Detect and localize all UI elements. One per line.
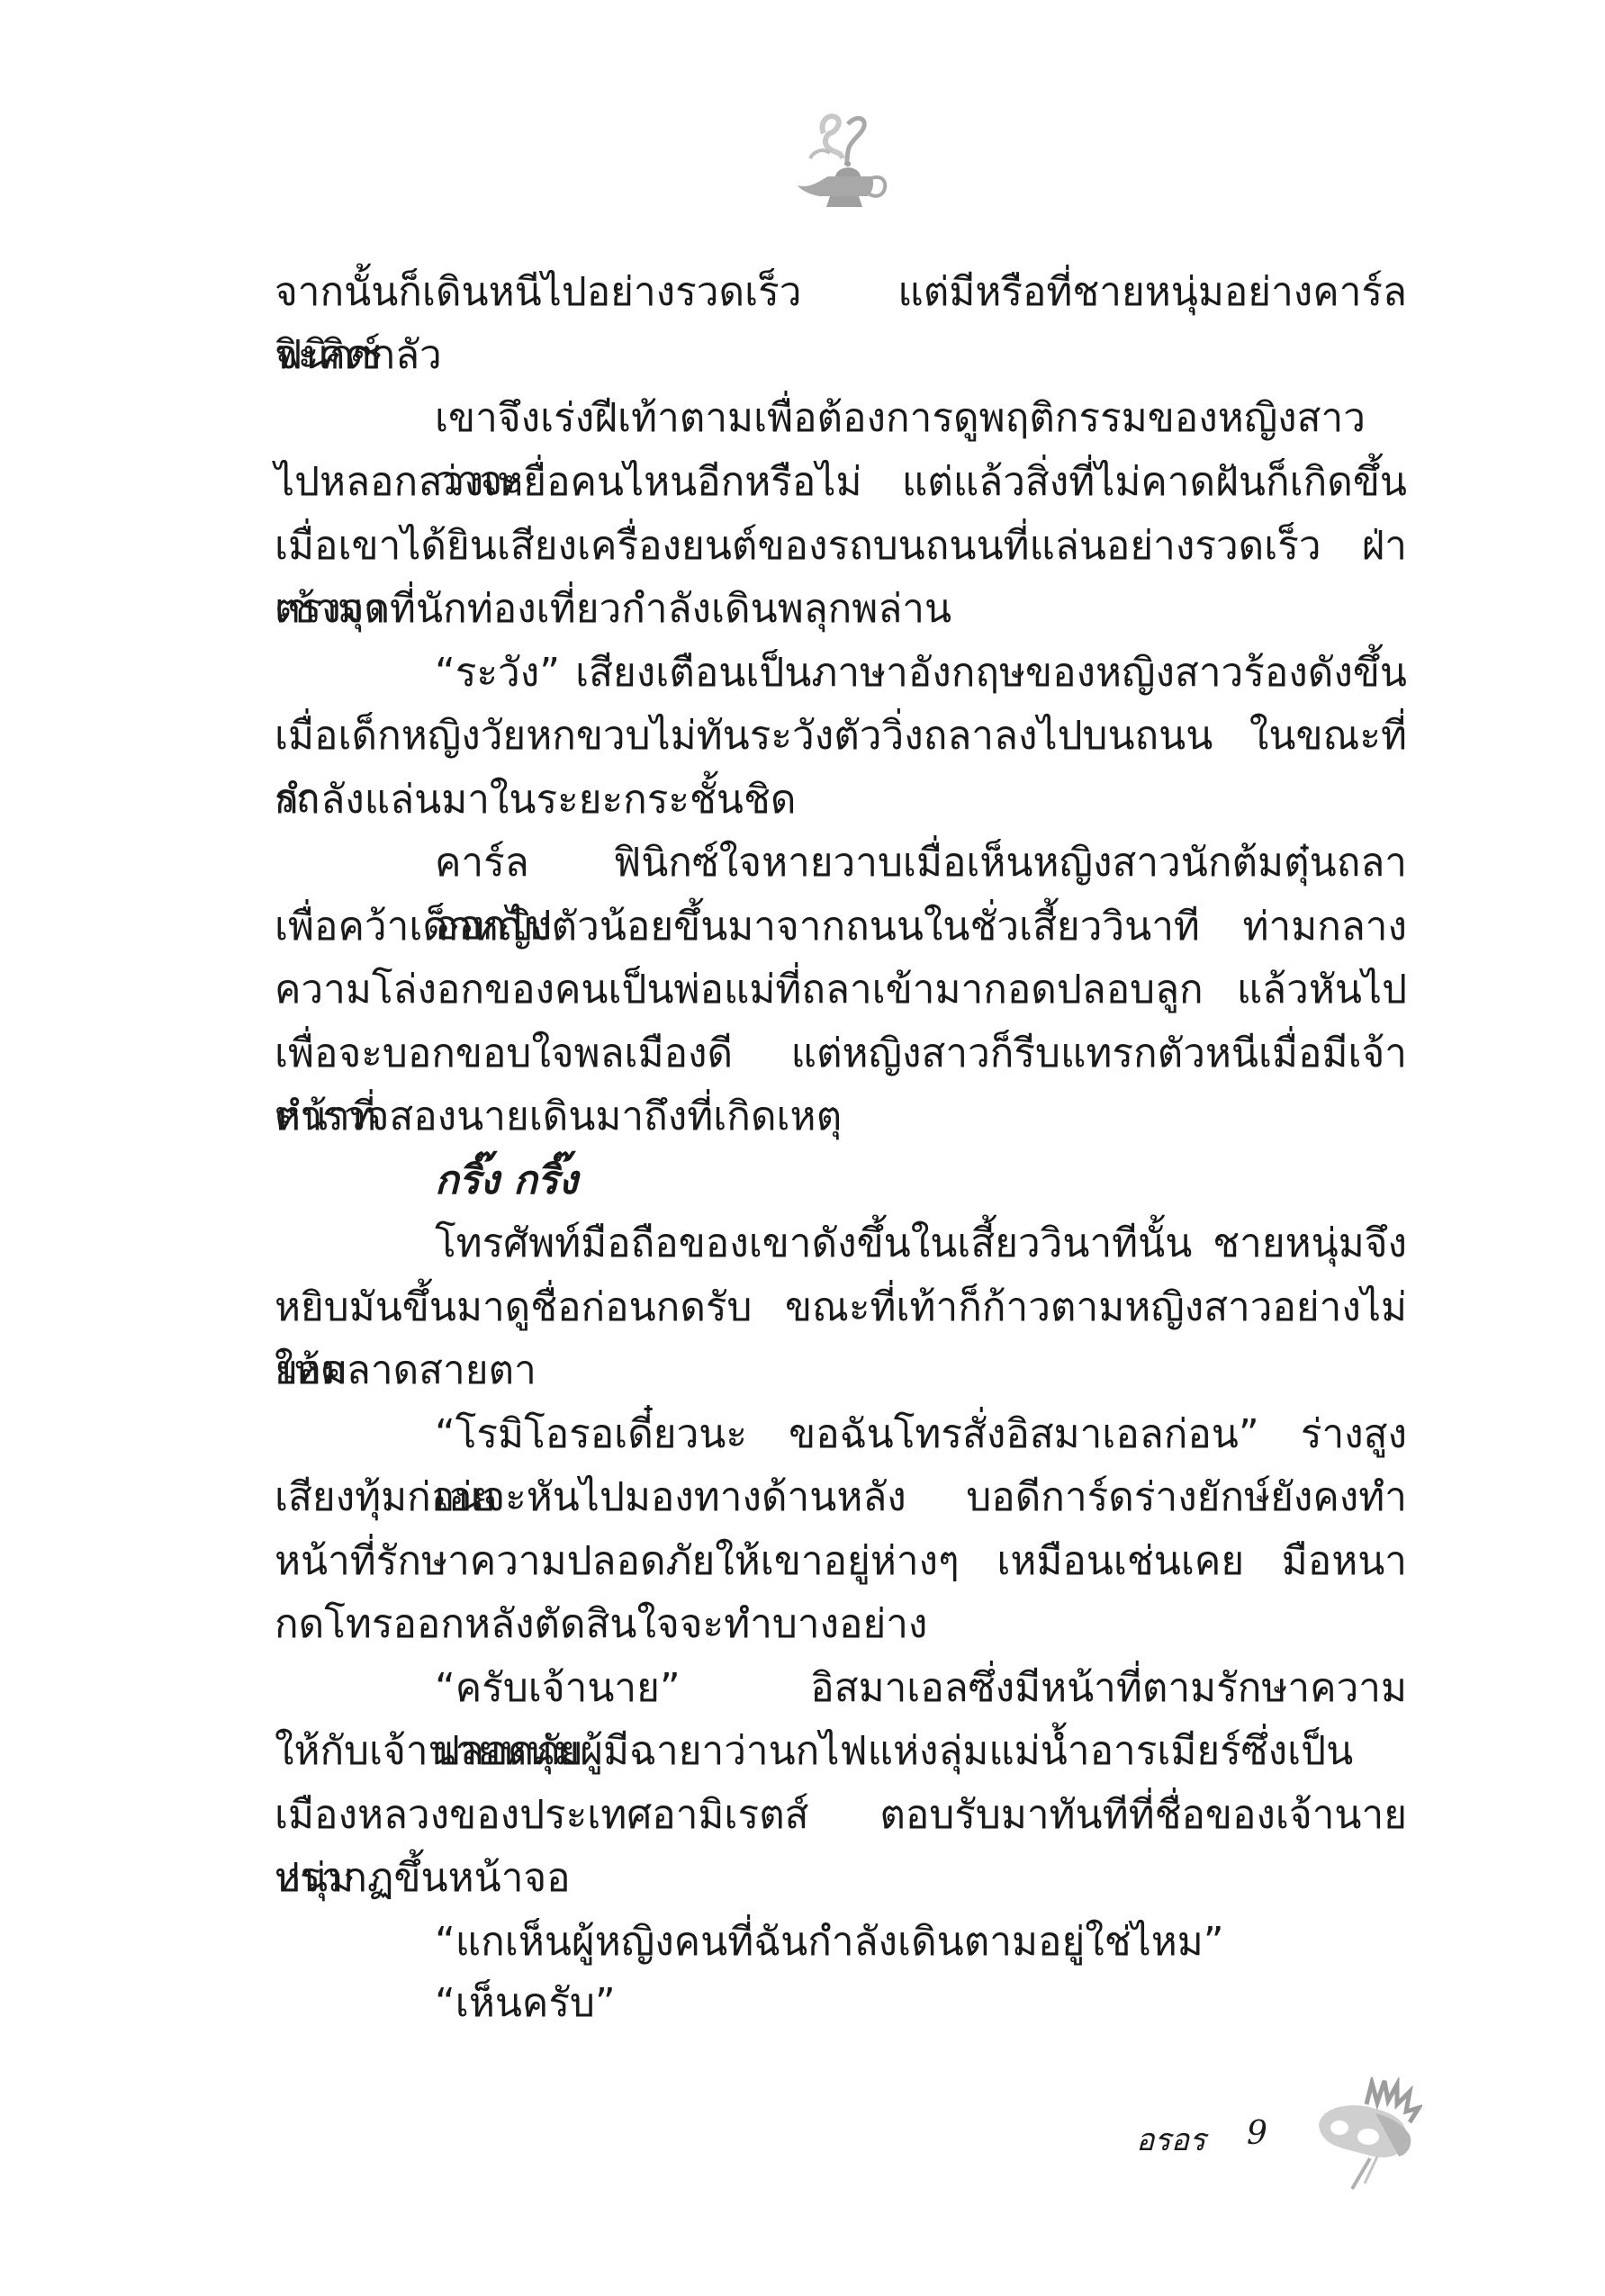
sound-effect-line: กริ๊ง กริ๊ง	[275, 1149, 1407, 1212]
paragraph-line: ปรากฏขึ้นหน้าจอ	[275, 1847, 1407, 1910]
lamp-icon	[783, 106, 896, 219]
paragraph-line: ให้คลาดสายตา	[275, 1339, 1407, 1402]
paragraph-line: หน้าที่รักษาความปลอดภัยให้เขาอยู่ห่างๆ เ…	[275, 1530, 1407, 1593]
dialogue-line: “โรมิโอรอเดี๋ยวนะ ขอฉันโทรสั่งอิสมาเอลก่…	[275, 1403, 1407, 1466]
book-page: จากนั้นก็เดินหนีไปอย่างรวดเร็ว แต่มีหรือ…	[0, 0, 1605, 2296]
paragraph-line: กำลังแล่นมาในระยะกระชั้นชิด	[275, 769, 1407, 832]
footer-author-name: อรอร	[1136, 2115, 1205, 2164]
paragraph-line: เมื่อเด็กหญิงวัยหกขวบไม่ทันระวังตัววิ่งถ…	[275, 705, 1407, 768]
dialogue-line: “ระวัง” เสียงเตือนเป็นภาษาอังกฤษของหญิงส…	[275, 642, 1407, 705]
paragraph-line: ให้กับเจ้านายหนุ่มผู้มีฉายาว่านกไฟแห่งลุ…	[275, 1720, 1407, 1783]
paragraph-line: ความโล่งอกของคนเป็นพ่อแม่ที่ถลาเข้ามากอด…	[275, 959, 1407, 1022]
paragraph-line: ตำรวจสองนายเดินมาถึงที่เกิดเหตุ	[275, 1085, 1407, 1148]
paragraph-line: หยิบมันขึ้นมาดูชื่อก่อนกดรับ ขณะที่เท้าก…	[275, 1276, 1407, 1339]
paragraph-line: เพื่อคว้าเด็กหญิงตัวน้อยขึ้นมาจากถนนในชั…	[275, 896, 1407, 959]
paragraph-line: โทรศัพท์มือถือของเขาดังขึ้นในเสี้ยววินาท…	[275, 1212, 1407, 1275]
paragraph-line: ตรงจุดที่นักท่องเที่ยวกำลังเดินพลุกพล่าน	[275, 578, 1407, 641]
page-number: 9	[1247, 2115, 1267, 2152]
paragraph-line: จากนั้นก็เดินหนีไปอย่างรวดเร็ว แต่มีหรือ…	[275, 261, 1407, 324]
paragraph-line: เพื่อจะบอกขอบใจพลเมืองดี แต่หญิงสาวก็รีบ…	[275, 1022, 1407, 1085]
dialogue-line: “เห็นครับ”	[275, 1972, 1407, 2035]
paragraph-line: ไปหลอกลวงเหยื่อคนไหนอีกหรือไม่ แต่แล้วสิ…	[275, 451, 1407, 514]
paragraph-line: เมื่อเขาได้ยินเสียงเครื่องยนต์ของรถบนถนน…	[275, 515, 1407, 578]
paragraph-line: เมืองหลวงของประเทศอามิเรตส์ ตอบรับมาทันท…	[275, 1784, 1407, 1847]
dialogue-line: “ครับเจ้านาย” อิสมาเอลซึ่งมีหน้าที่ตามรั…	[275, 1657, 1407, 1720]
paragraph-line: คาร์ล ฟินิกซ์ใจหายวาบเมื่อเห็นหญิงสาวนัก…	[275, 832, 1407, 895]
paragraph-line: เสียงทุ้มก่อนจะหันไปมองทางด้านหลัง บอดีก…	[275, 1466, 1407, 1529]
paragraph-line: เขาจึงเร่งฝีเท้าตามเพื่อต้องการดูพฤติกรร…	[275, 387, 1407, 450]
mask-icon	[1312, 2077, 1422, 2190]
paragraph-line: จะคิดกลัว	[275, 324, 1407, 387]
paragraph-line: กดโทรออกหลังตัดสินใจจะทำบางอย่าง	[275, 1593, 1407, 1656]
dialogue-line: “แกเห็นผู้หญิงคนที่ฉันกำลังเดินตามอยู่ใช…	[275, 1911, 1407, 1974]
